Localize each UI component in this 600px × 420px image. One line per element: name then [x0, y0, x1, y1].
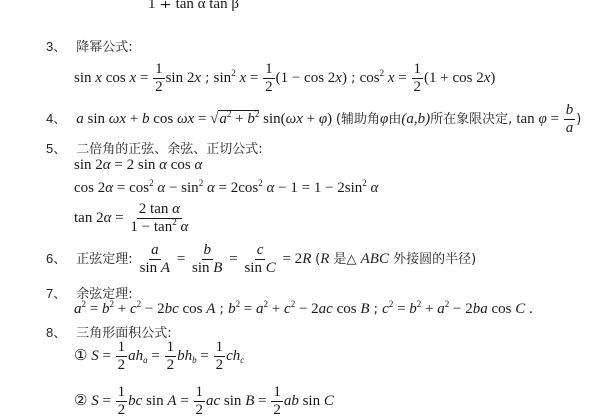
auxiliary-angle-formula: a sin ωx + b cos ωx = √a2 + b2 sin(ωx + …	[76, 111, 336, 127]
double-angle-cos: cos 2α = cos2 α − sin2 α = 2cos2 α − 1 =…	[74, 180, 378, 197]
auxiliary-angle-note: (辅助角φ由(a,b)所在象限决定, tan φ = ba)	[336, 112, 581, 127]
law-of-cosines-formulas: a2 = b2 + c2 − 2bc cos A ; b2 = a2 + c2 …	[74, 301, 533, 318]
section-title: 降幂公式:	[76, 40, 132, 55]
law-of-sines-note: (R 是△ ABC 外接圆的半径)	[315, 252, 476, 267]
section-number: 8、	[46, 325, 66, 340]
partial-formula-top: 1 ∓ tan α tan β	[148, 0, 239, 13]
law-of-sines-formula: asin A = bsin B = csin C = 2R	[137, 251, 315, 267]
section-number: 7、	[46, 286, 66, 301]
section-title: 二倍角的正弦、余弦、正切公式:	[76, 142, 262, 157]
section-number: 6、	[46, 251, 66, 266]
triangle-area-formula-2: ② S = 12bc sin A = 12ac sin B = 12ab sin…	[74, 385, 334, 418]
section-number: 5、	[46, 141, 66, 156]
triangle-area-formula-1: ① S = 12aha = 12bhb = 12chc	[74, 340, 244, 373]
double-angle-tan: tan 2α = 2 tan α1 − tan2 α	[74, 202, 191, 235]
section-6: 6、 正弦定理: asin A = bsin B = csin C = 2R (…	[46, 243, 476, 276]
section-5-heading: 5、 二倍角的正弦、余弦、正切公式:	[46, 138, 263, 158]
section-number: 4、	[46, 111, 66, 126]
section-title: 正弦定理:	[76, 252, 132, 267]
section-8-heading: 8、 三角形面积公式:	[46, 322, 172, 342]
section-7-heading: 7、 余弦定理:	[46, 283, 133, 303]
section-3-heading: 3、 降幂公式:	[46, 36, 133, 56]
section-4: 4、 a sin ωx + b cos ωx = √a2 + b2 sin(ωx…	[46, 103, 581, 136]
section-number: 3、	[46, 39, 66, 54]
power-reduction-formulas: sin x cos x = 12sin 2x ; sin2 x = 12(1 −…	[74, 62, 495, 95]
double-angle-sin: sin 2α = 2 sin α cos α	[74, 157, 202, 174]
